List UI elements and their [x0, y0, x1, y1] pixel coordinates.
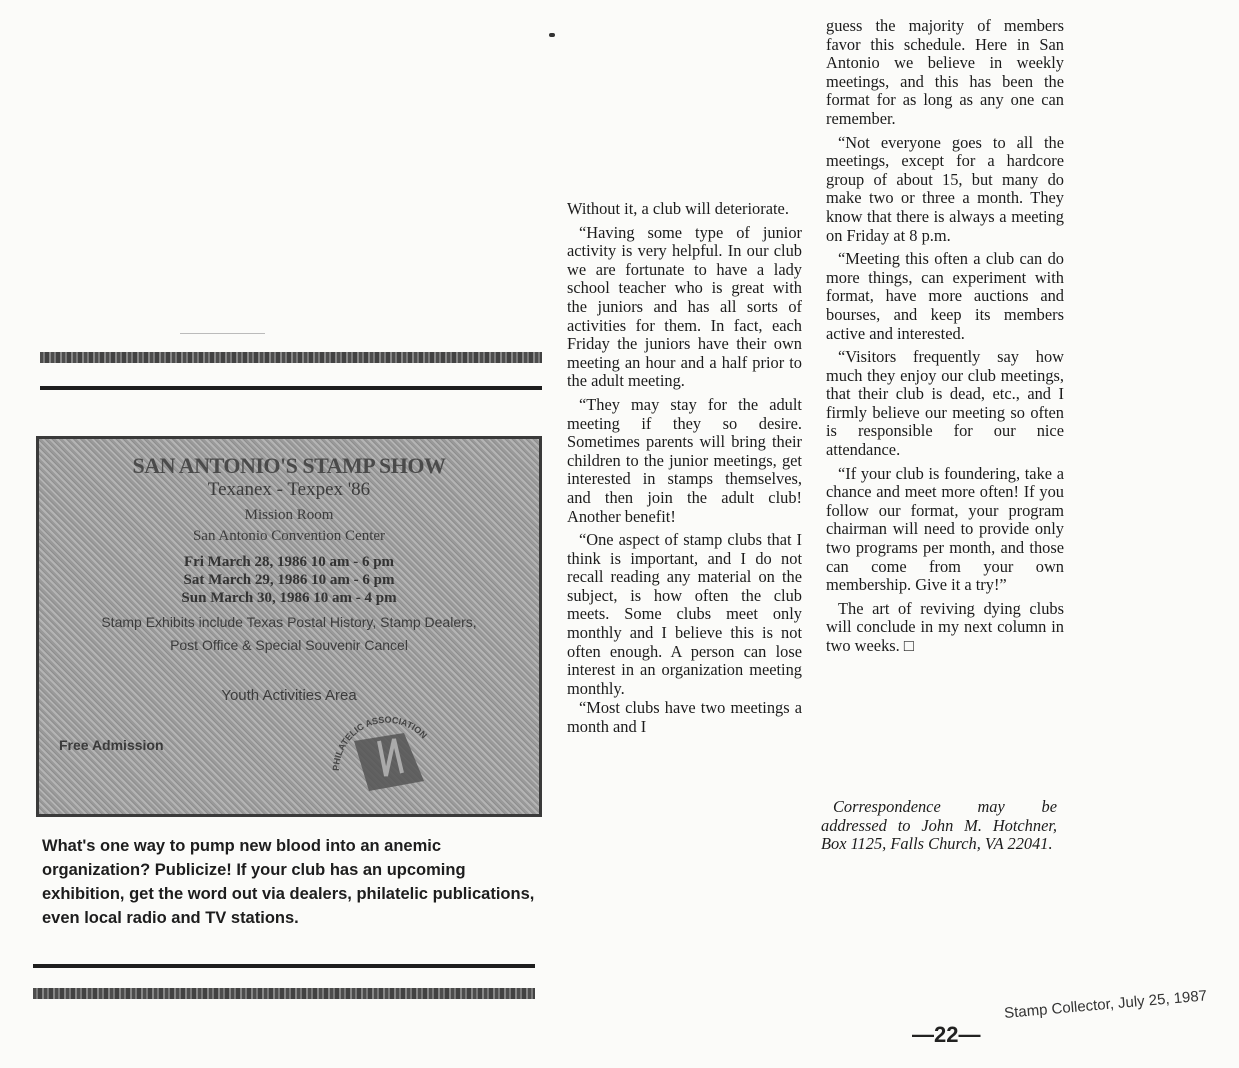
paragraph: guess the majority of members favor this… [826, 17, 1064, 129]
correspondence-note: Correspondence may be addressed to John … [821, 798, 1057, 854]
scan-speck [549, 33, 555, 37]
photo-caption: What's one way to pump new blood into an… [42, 834, 542, 930]
stamp-show-advertisement: SAN ANTONIO'S STAMP SHOW Texanex - Texpe… [36, 436, 542, 817]
paragraph: “Having some type of junior activity is … [567, 224, 802, 391]
page-number: —22— [912, 1022, 980, 1048]
bottom-rule-thick [33, 988, 535, 999]
ad-subtitle: Texanex - Texpex '86 [39, 479, 539, 501]
bottom-rule-thin [33, 964, 535, 968]
paragraph: “Most clubs have two meetings a month an… [567, 699, 802, 736]
philatelic-association-logo-icon: PHILATELIC ASSOCIATION [324, 701, 444, 801]
paragraph: “One aspect of stamp clubs that I think … [567, 531, 802, 698]
paragraph: “Not everyone goes to all the meetings, … [826, 134, 1064, 246]
ad-youth-area: Youth Activities Area [39, 687, 539, 704]
paragraph: “Meeting this often a club can do more t… [826, 250, 1064, 343]
article-column-1: Without it, a club will deteriorate. “Ha… [567, 200, 802, 737]
ad-date-saturday: Sat March 29, 1986 10 am - 6 pm [39, 572, 539, 589]
article-column-2: guess the majority of members favor this… [826, 17, 1064, 656]
ad-date-friday: Fri March 28, 1986 10 am - 6 pm [39, 554, 539, 571]
ad-title: SAN ANTONIO'S STAMP SHOW [39, 453, 539, 479]
ad-post-office: Post Office & Special Souvenir Cancel [39, 637, 539, 653]
ad-free-admission: Free Admission [59, 737, 164, 753]
ad-exhibits: Stamp Exhibits include Texas Postal Hist… [39, 614, 539, 630]
top-rule-thin [40, 386, 542, 390]
paragraph: The art of reviving dying clubs will con… [826, 600, 1064, 656]
top-rule-thick [40, 352, 542, 363]
correspondence-text: Correspondence may be addressed to John … [821, 798, 1057, 854]
paragraph: “Visitors frequently say how much they e… [826, 348, 1064, 460]
paragraph: Without it, a club will deteriorate. [567, 200, 802, 219]
scan-mark [180, 333, 265, 334]
publication-credit: Stamp Collector, July 25, 1987 [1004, 987, 1208, 1022]
ad-venue: San Antonio Convention Center [39, 528, 539, 545]
ad-room: Mission Room [39, 507, 539, 524]
paragraph: “They may stay for the adult meeting if … [567, 396, 802, 526]
ad-date-sunday: Sun March 30, 1986 10 am - 4 pm [39, 590, 539, 607]
paragraph: “If your club is foundering, take a chan… [826, 465, 1064, 595]
